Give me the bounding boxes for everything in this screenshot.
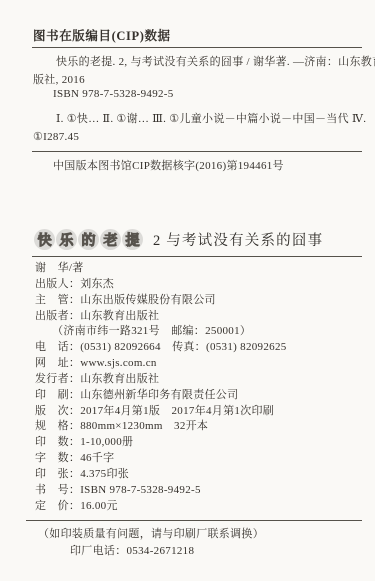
colophon-row-printer: 印 刷：山东德州新华印务有限责任公司 (35, 388, 287, 404)
title-bubble-char: 的 (78, 229, 99, 250)
colophon-row-format: 规 格：880mm×1230mm 32开本 (35, 419, 287, 435)
copyright-page: 图书在版编目(CIP)数据 快乐的老提. 2, 与考试没有关系的囧事 / 谢华著… (0, 0, 375, 581)
cip-entry-line2: 版社, 2016 (33, 71, 85, 87)
cip-classification-line1: Ⅰ. ①快… Ⅱ. ①谢… Ⅲ. ①儿童小说－中篇小说－中国－当代 Ⅳ. (33, 110, 366, 126)
colophon-row-distributor: 发行者：山东教育出版社 (35, 372, 287, 388)
colophon-row-publisher-person: 出版人：刘东杰 (35, 277, 287, 293)
cip-record-number: 中国版本图书馆CIP数据核字(2016)第194461号 (53, 157, 284, 173)
book-title: 快 乐 的 老 提 2 与考试没有关系的囧事 (34, 229, 323, 250)
cip-entry-line1: 快乐的老提. 2, 与考试没有关系的囧事 / 谢华著. —济南：山东教育出 (33, 53, 375, 69)
colophon-row-word-count: 字 数：46千字 (35, 451, 287, 467)
title-bubble-char: 老 (100, 229, 121, 250)
cip-classification-line2: ①I287.45 (33, 130, 79, 143)
colophon-row-sheets: 印 张：4.375印张 (35, 467, 287, 483)
colophon-row-edition: 版 次：2017年4月第1版 2017年4月第1次印刷 (35, 404, 287, 420)
divider-title (32, 256, 362, 257)
title-bubble-char: 快 (34, 229, 55, 250)
divider-cip (32, 151, 362, 152)
title-bubble-char: 乐 (56, 229, 77, 250)
colophon-row-publisher: 出版者：山东教育出版社 (35, 309, 287, 325)
title-subtitle: 2 与考试没有关系的囧事 (153, 229, 323, 250)
divider-header (32, 47, 362, 48)
colophon-row-phone: 电 话：(0531) 82092664 传真：(0531) 82092625 (35, 340, 287, 356)
colophon-row-print-run: 印 数：1-10,000册 (35, 435, 287, 451)
colophon-row-supervisor: 主 管：山东出版传媒股份有限公司 (35, 293, 287, 309)
colophon-row-book-number: 书 号：ISBN 978-7-5328-9492-5 (35, 483, 287, 499)
printer-phone: 印厂电话：0534-2671218 (70, 542, 194, 558)
colophon-row-price: 定 价：16.00元 (35, 499, 287, 515)
cip-isbn-line: ISBN 978-7-5328-9492-5 (53, 88, 174, 100)
title-bubble-char: 提 (122, 229, 143, 250)
colophon-row-address: （济南市纬一路321号 邮编：250001） (35, 324, 287, 340)
colophon: 谢 华/著 出版人：刘东杰 主 管：山东出版传媒股份有限公司 出版者：山东教育出… (35, 261, 287, 515)
divider-footer (26, 520, 362, 521)
colophon-row-author: 谢 华/著 (35, 261, 287, 277)
printer-quality-notice: （如印装质量有问题，请与印刷厂联系调换） (38, 525, 264, 541)
cip-header: 图书在版编目(CIP)数据 (33, 26, 171, 44)
colophon-row-website: 网 址：www.sjs.com.cn (35, 356, 287, 372)
